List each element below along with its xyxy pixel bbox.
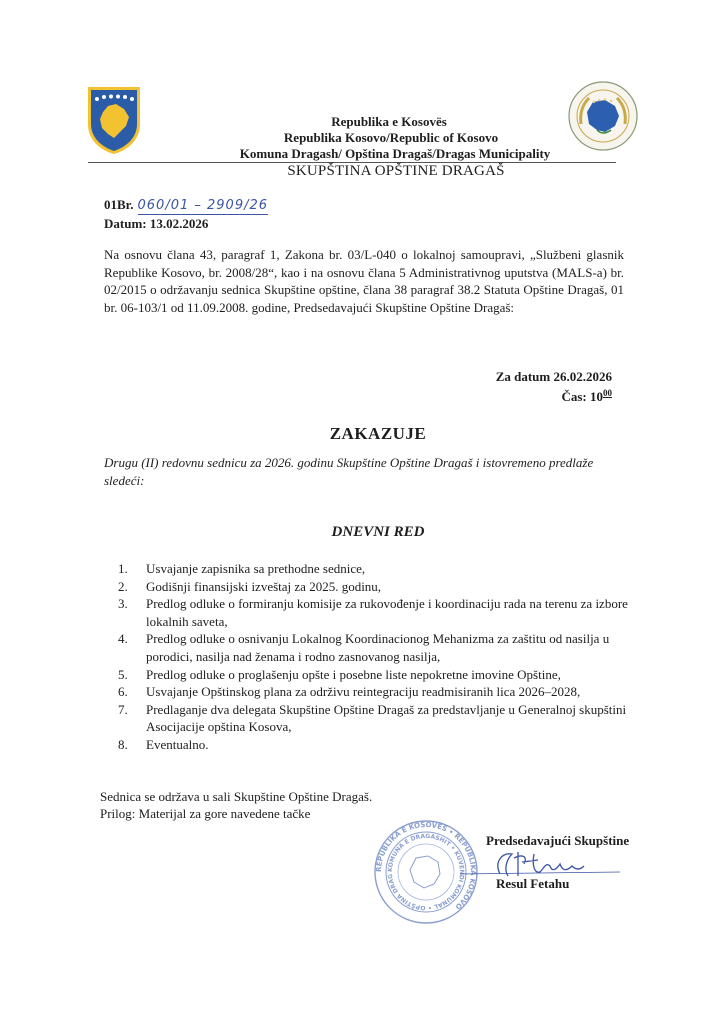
agenda-item: 4.Predlog odluke o osnivanju Lokalnog Ko… [118, 630, 630, 665]
signatory-name: Resul Fetahu [496, 876, 569, 892]
header-assembly-name: SKUPŠTINA OPŠTINE DRAGAŠ [36, 163, 720, 180]
session-date: Za datum 26.02.2026 [496, 368, 612, 385]
date-label: Datum: [104, 215, 147, 232]
document-letterhead: Republika e Kosovës Republika Kosovo/Rep… [0, 114, 720, 162]
attachment-note: Prilog: Materijal za gore navedene tačke [100, 805, 372, 822]
convene-text: Drugu (II) redovnu sednicu za 2026. godi… [104, 454, 624, 489]
agenda-list: 1.Usvajanje zapisnika sa prethodne sedni… [118, 560, 630, 754]
agenda-item: 1.Usvajanje zapisnika sa prethodne sedni… [118, 560, 630, 578]
footer-notes: Sednica se održava u sali Skupštine Opšt… [100, 788, 372, 822]
agenda-item: 3.Predlog odluke o formiranju komisije z… [118, 595, 630, 630]
agenda-item: 7.Predlaganje dva delegata Skupštine Opš… [118, 701, 630, 736]
venue-note: Sednica se održava u sali Skupštine Opšt… [100, 788, 372, 805]
session-time-minutes: 00 [603, 388, 612, 398]
reference-number-handwritten: 060/01 – 2909/26 [138, 197, 269, 215]
reference-block: 01Br. 060/01 – 2909/26 Datum: 13.02.2026 [104, 196, 268, 232]
agenda-item: 8.Eventualno. [118, 736, 630, 754]
signatory-title: Predsedavajući Skupštine [486, 832, 629, 849]
agenda-item: 6.Usvajanje Opštinskog plana za održivu … [118, 683, 630, 701]
header-country-albanian: Republika e Kosovës [58, 114, 720, 130]
agenda-item: 5.Predlog odluke o proglašenju opšte i p… [118, 666, 630, 684]
convene-heading: ZAKAZUJE [18, 424, 720, 444]
header-municipality: Komuna Dragash/ Opština Dragaš/Dragas Mu… [70, 146, 720, 162]
reference-number-label: 01Br. [104, 196, 134, 213]
legal-preamble: Na osnovu člana 43, paragraf 1, Zakona b… [104, 246, 624, 316]
signature-block: Predsedavajući Skupštine [486, 832, 629, 849]
agenda-item: 2.Godišnji finansijski izveštaj za 2025.… [118, 578, 630, 596]
session-schedule: Za datum 26.02.2026 Čas: 1000 [496, 368, 612, 405]
session-time: Čas: 1000 [496, 385, 612, 405]
agenda-heading: DNEVNI RED [18, 524, 720, 541]
date-value: 13.02.2026 [150, 215, 209, 232]
header-country-serbian-english: Republika Kosovo/Republic of Kosovo [62, 130, 720, 146]
